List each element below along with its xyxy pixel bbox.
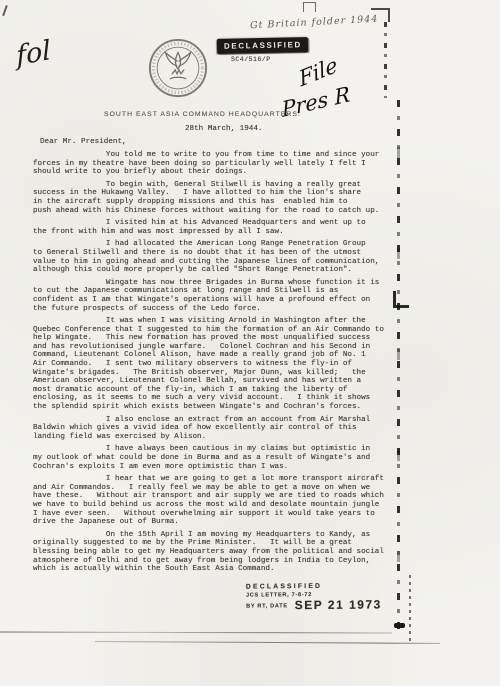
- declassification-stamp-date-row: BY RT, DATE SEP 21 1973: [246, 598, 382, 613]
- letter-body: You told me to write to you from time to…: [33, 151, 495, 578]
- paragraph-10: On the 15th April I am moving my Headqua…: [33, 531, 495, 574]
- paragraph-6: It was when I was visiting Arnold in Was…: [33, 317, 495, 412]
- seac-phoenix-seal-icon: [147, 37, 209, 99]
- scan-artifact-edge-dashes-lower: [409, 575, 411, 645]
- paragraph-2: To begin with, General Stilwell is havin…: [33, 181, 495, 215]
- declassified-stamp: DECLASSIFIED: [217, 37, 308, 54]
- letterhead-headquarters: SOUTH EAST ASIA COMMAND HEADQUARTERS.: [104, 111, 301, 118]
- paragraph-5: Wingate has now three Brigades in Burma …: [33, 279, 495, 313]
- handwritten-archive-note: Gt Britain folder 1944: [250, 14, 379, 32]
- scan-artifact-small-box: [303, 2, 316, 12]
- scan-artifact-bottom-line-2: [95, 641, 440, 644]
- paragraph-3: I visited him at his Advanced Headquarte…: [33, 219, 495, 236]
- scanned-letter-page: Gt Britain folder 1944 fol File Pres R D…: [0, 0, 500, 686]
- salutation: Dear Mr. President,: [40, 138, 127, 146]
- letter-date: 28th March, 1944.: [185, 125, 262, 133]
- scan-artifact-ink-blob: [394, 623, 405, 628]
- declassification-stamp-date: SEP 21 1973: [295, 597, 382, 612]
- handwritten-fol-note: fol: [15, 35, 52, 72]
- paragraph-7: I also enclose an extract from an accoun…: [33, 416, 495, 442]
- declassification-stamp-byline: BY RT, DATE: [246, 603, 288, 609]
- declassification-stamp-block: DECLASSIFIED JCS LETTER, 7-8-72 BY RT, D…: [246, 582, 382, 613]
- paragraph-1: You told me to write to you from time to…: [33, 151, 495, 177]
- scan-artifact-edge-dashes-upper: [384, 22, 387, 98]
- paragraph-8: I have always been cautious in my claims…: [33, 445, 495, 471]
- paragraph-4: I had allocated the American Long Range …: [33, 240, 495, 274]
- scan-artifact-bottom-line-1: [0, 631, 392, 633]
- reference-number: SC4/516/P: [231, 56, 271, 63]
- declassification-stamp-title: DECLASSIFIED: [246, 582, 382, 590]
- scan-artifact-corner-mark: [2, 5, 7, 16]
- paragraph-9: I hear that we are going to get a lot mo…: [33, 475, 495, 527]
